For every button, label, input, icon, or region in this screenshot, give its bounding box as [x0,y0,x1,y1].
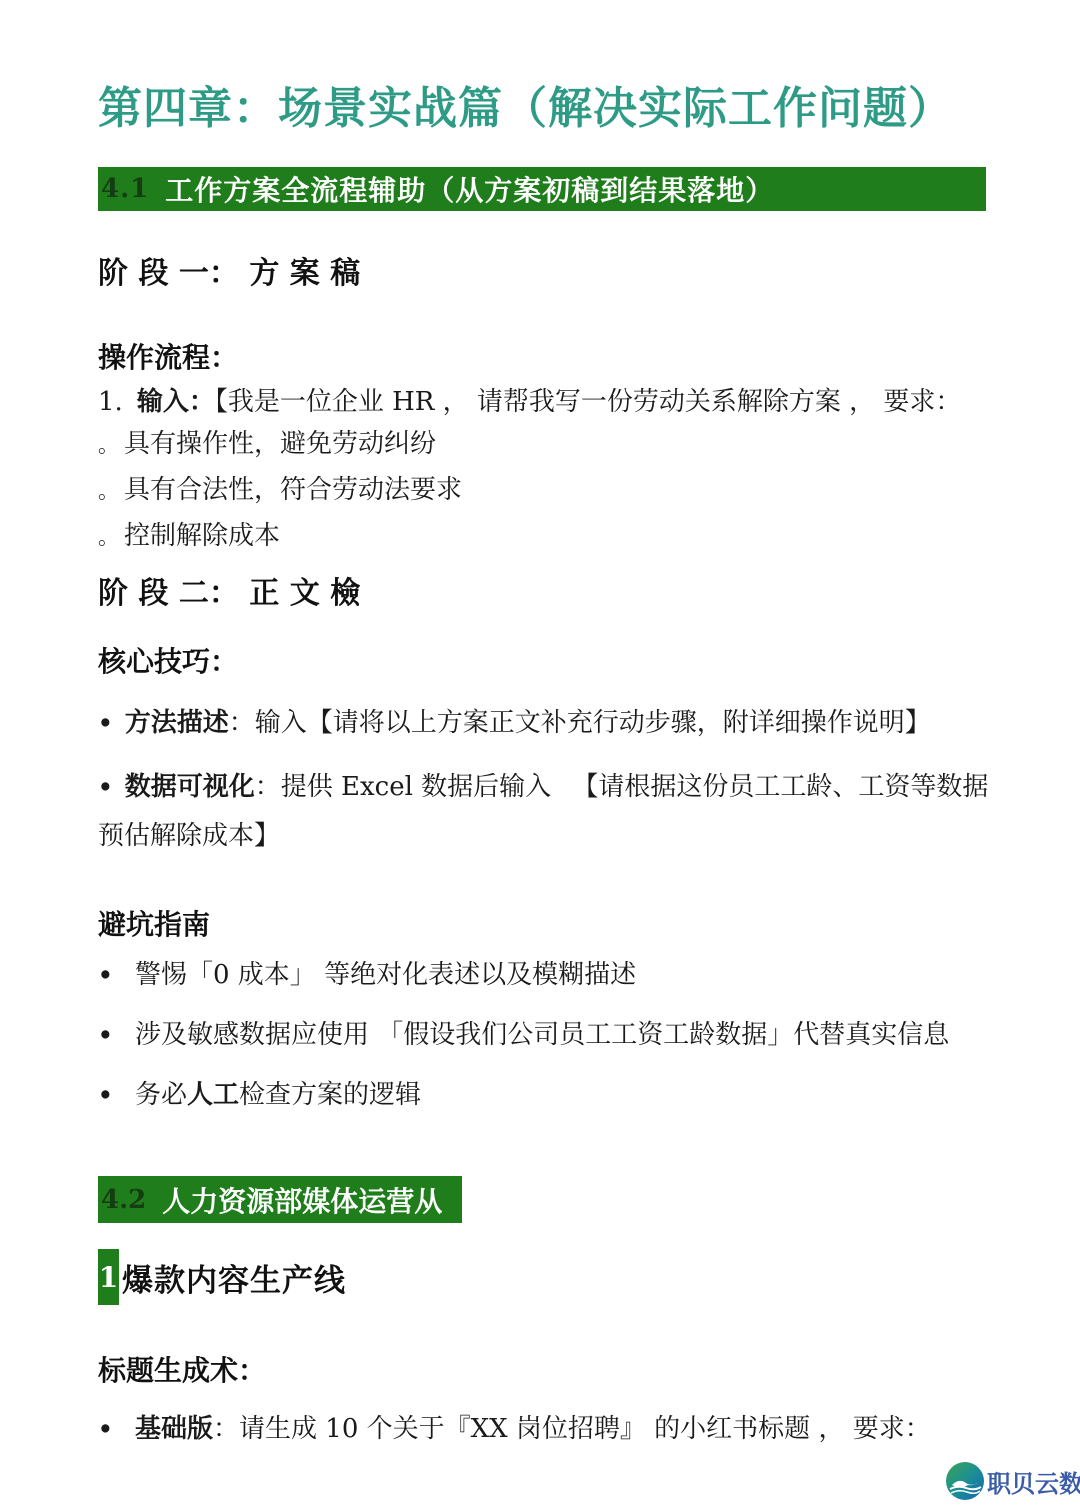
brand-watermark: 职贝云数 [946,1462,1080,1500]
step-1-line: 1.输入：【我是一位企业 HR ， 请帮我写一份劳动关系解除方案 ， 要求： [98,381,961,418]
pitfall-item: •涉及敏感数据应使用 「假设我们公司员工工资工龄数据」代替真实信息 [98,1014,949,1051]
subsection-title: 爆款内容生产线 [122,1255,346,1300]
list-item-text: 具有操作性，避免劳动纠纷 [124,429,436,459]
section-4-2-banner: 4.2 人力资源部媒体运营从 0 [98,1176,462,1223]
list-item: 。具有操作性，避免劳动纠纷 [98,422,462,468]
subsection-heading: 1 爆款内容生产线 [98,1249,346,1305]
section-4-1-title: 工作方案全流程辅助（从方案初稿到结果落地） [165,169,774,209]
title-generation-item: •基础版：请生成 10 个关于『XX 岗位招聘』 的小红书标题 ， 要求： [98,1408,931,1445]
stage-2-heading: 阶 段 二： 正 文 檢 [98,568,360,612]
circle-bullet: 。 [98,433,119,457]
list-item-text: 控制解除成本 [124,521,280,551]
bullet-dot: • [98,710,113,737]
circle-bullet: 。 [98,525,119,549]
stage-1-heading: 阶 段 一： 方 案 稿 [98,248,360,292]
section-4-2-title: 人力资源部媒体运营从 0 [162,1180,489,1220]
tip-item: •数据可视化：提供 Excel 数据后输入 【请根据这份员工工龄、工资等数据预估… [98,763,990,861]
tip-text: ：输入【请将以上方案正文补充行动步骤，附详细操作说明】 [229,708,931,738]
list-item: 。具有合法性，符合劳动法要求 [98,468,462,514]
tip-label: 数据可视化 [125,772,255,802]
section-4-1-number: 4.1 [101,174,149,204]
numbered-badge: 1 [98,1249,119,1305]
pitfall-guide-heading: 避坑指南 [98,903,210,943]
step-text: 【我是一位企业 HR ， 请帮我写一份劳动关系解除方案 ， 要求： [215,387,962,417]
bullet-dot: • [98,962,135,989]
document-page: 第四章：场景实战篇（解决实际工作问题） 4.1 工作方案全流程辅助（从方案初稿到… [0,0,1080,1510]
bullet-dot: • [98,774,113,801]
bullet-dot: • [98,1416,135,1443]
pitfall-text: 务必 [135,1080,187,1110]
tip-label: 方法描述 [125,708,229,738]
operation-flow-heading: 操作流程： [98,336,238,376]
list-item: 。控制解除成本 [98,514,462,560]
bullet-dot: • [98,1022,135,1049]
pitfall-bold: 人工 [187,1080,239,1110]
section-4-2-number: 4.2 [101,1185,146,1215]
item-label: 基础版 [135,1414,213,1444]
requirement-list: 。具有操作性，避免劳动纠纷 。具有合法性，符合劳动法要求 。控制解除成本 [98,422,462,560]
list-item-text: 具有合法性，符合劳动法要求 [124,475,462,505]
brand-name: 职贝云数 [987,1464,1080,1499]
pitfall-text: 检查方案的逻辑 [239,1080,421,1110]
title-generation-heading: 标题生成术： [98,1349,266,1389]
step-label: 输入： [137,387,215,417]
tip-item: •方法描述：输入【请将以上方案正文补充行动步骤，附详细操作说明】 [98,702,931,739]
circle-bullet: 。 [98,479,119,503]
step-number: 1. [98,387,123,417]
pitfall-item: •务必人工检查方案的逻辑 [98,1074,421,1111]
brand-wave-logo-icon [946,1462,984,1500]
core-skills-heading: 核心技巧： [98,640,238,680]
bullet-dot: • [98,1082,135,1109]
pitfall-item: •警惕「0 成本」 等绝对化表述以及模糊描述 [98,954,636,991]
section-4-1-banner: 4.1 工作方案全流程辅助（从方案初稿到结果落地） [98,167,986,211]
pitfall-text: 涉及敏感数据应使用 「假设我们公司员工工资工龄数据」代替真实信息 [135,1020,949,1050]
item-text: ：请生成 10 个关于『XX 岗位招聘』 的小红书标题 ， 要求： [213,1414,931,1444]
chapter-title: 第四章：场景实战篇（解决实际工作问题） [98,72,953,136]
pitfall-text: 警惕「0 成本」 等绝对化表述以及模糊描述 [135,960,636,990]
